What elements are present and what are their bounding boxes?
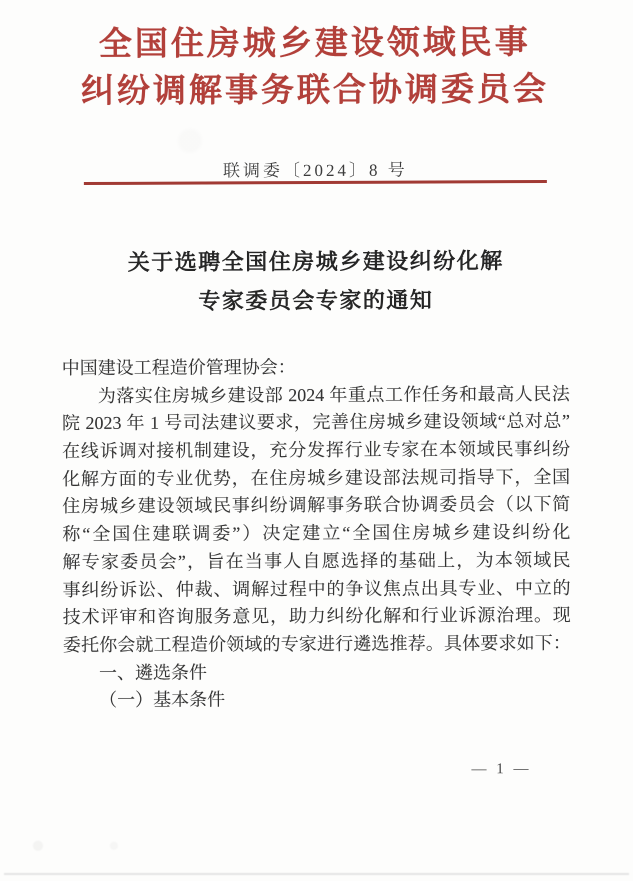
body-line: 化解方面的专业优势，在住房城乡建设部法规司指导下，全国 — [62, 464, 570, 494]
letterhead-line-2: 纠纷调解事务联合协调委员会 — [0, 67, 632, 117]
section-heading-2: （一）基本条件 — [63, 685, 571, 715]
notice-title-line-1: 关于选聘全国住房城乡建设纠纷化解 — [0, 242, 632, 283]
scan-bottom-edge — [4, 873, 629, 875]
notice-title: 关于选聘全国住房城乡建设纠纷化解 专家委员会专家的通知 — [0, 242, 632, 322]
body-line: 在线诉调对接机制建设，充分发挥行业专家在本领域民事纠纷 — [62, 436, 570, 466]
notice-title-line-2: 专家委员会专家的通知 — [0, 280, 632, 321]
scanned-document-page: 全国住房城乡建设领域民事 纠纷调解事务联合协调委员会 联调委〔2024〕8 号 … — [0, 0, 633, 881]
section-heading-1: 一、遴选条件 — [63, 657, 571, 687]
body-line: 为落实住房城乡建设部 2024 年重点工作任务和最高人民法 — [62, 381, 570, 411]
document-number: 联调委〔2024〕8 号 — [0, 155, 632, 183]
body-line: 住房城乡建设领域民事纠纷调解事务联合协调委员会（以下简 — [62, 491, 570, 521]
body-line: 技术评审和咨询服务意见，助力纠纷化解和行业诉源治理。现 — [63, 602, 571, 632]
body-line: 事纠纷诉讼、仲裁、调解过程中的争议焦点出具专业、中立的 — [63, 574, 571, 604]
body-line: 院 2023 年 1 号司法建议要求，完善住房城乡建设领域“总对总” — [62, 408, 570, 438]
salutation: 中国建设工程造价管理协会： — [62, 353, 570, 383]
body-line: 称“全国住建联调委”）决定建立“全国住房城乡建设纠纷化 — [62, 519, 570, 549]
letterhead-title: 全国住房城乡建设领域民事 纠纷调解事务联合协调委员会 — [0, 20, 632, 117]
body-line: 委托你会就工程造价领域的专家进行遴选推荐。具体要求如下： — [63, 630, 571, 660]
body-line: 解专家委员会”，旨在当事人自愿选择的基础上，为本领域民 — [62, 547, 570, 577]
notice-body: 中国建设工程造价管理协会： 为落实住房城乡建设部 2024 年重点工作任务和最高… — [62, 353, 572, 715]
page-number: — 1 — — [471, 761, 531, 778]
document-content: 全国住房城乡建设领域民事 纠纷调解事务联合协调委员会 联调委〔2024〕8 号 … — [0, 0, 633, 881]
letterhead-line-1: 全国住房城乡建设领域民事 — [0, 20, 631, 70]
